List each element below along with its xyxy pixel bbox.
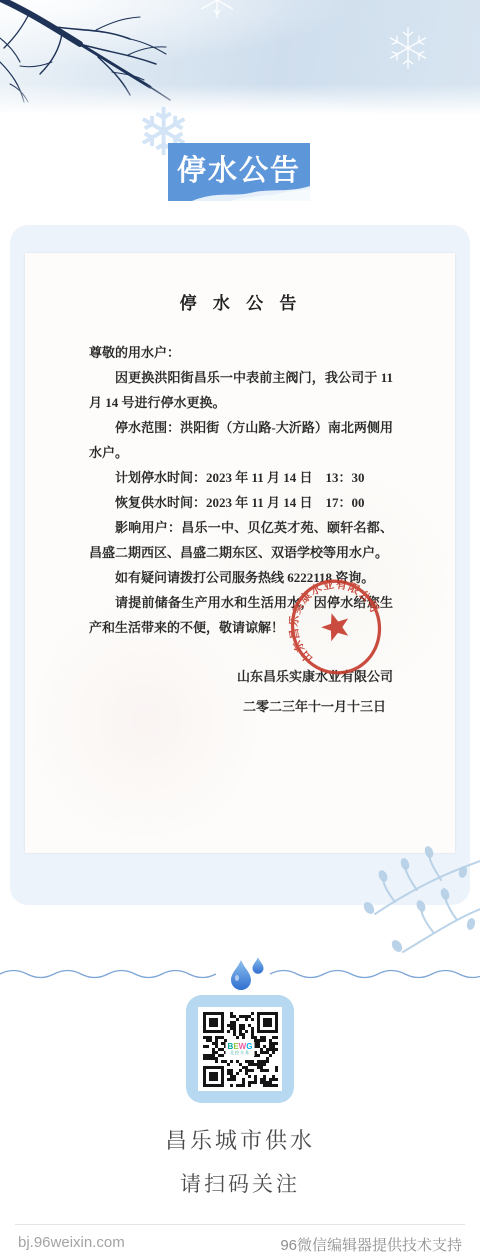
water-drop-icon	[231, 960, 251, 990]
document-title: 停 水 公 告	[89, 289, 393, 314]
qr-caption-subtitle: 请扫码关注	[0, 1168, 480, 1198]
branch-icon	[0, 0, 170, 102]
salutation: 尊敬的用水户：	[89, 340, 393, 365]
seal-star	[318, 609, 353, 643]
winter-berries-icon	[345, 828, 480, 958]
winter-header-banner	[0, 0, 480, 118]
paragraph: 停水范围：洪阳街（方山路-大沂路）南北两侧用水户。	[89, 415, 393, 465]
snowdrift-icon	[168, 183, 310, 201]
water-drop-icon	[253, 957, 264, 974]
qr-code-background: BEWG 北控水务	[198, 1007, 282, 1091]
qr-code-frame: BEWG 北控水务	[186, 995, 294, 1103]
editor-credit-text: 96微信编辑器提供技术支持	[280, 1234, 462, 1255]
paragraph: 因更换洪阳街昌乐一中表前主阀门，我公司于 11 月 14 号进行停水更换。	[89, 365, 393, 415]
snowflake-icon	[201, 0, 232, 18]
bewg-logo-subtext: 北控水务	[228, 1051, 253, 1055]
snowflake-icon	[387, 27, 428, 69]
notice-title-banner: 停水公告	[168, 143, 310, 201]
paragraph: 恢复供水时间：2023 年 11 月 14 日 17：00	[89, 490, 393, 515]
signature-date: 二零二三年十一月十三日	[89, 692, 393, 722]
scanned-notice-document: 停 水 公 告 尊敬的用水户： 因更换洪阳街昌乐一中表前主阀门，我公司于 11 …	[25, 253, 455, 853]
paragraph: 影响用户：昌乐一中、贝亿英才苑、颐轩名都、昌盛二期西区、昌盛二期东区、双语学校等…	[89, 515, 393, 565]
qr-caption-title: 昌乐城市供水	[0, 1124, 480, 1155]
bewg-logo: BEWG 北控水务	[226, 1042, 255, 1056]
paragraph: 计划停水时间：2023 年 11 月 14 日 13：30	[89, 465, 393, 490]
footer-divider	[15, 1224, 465, 1225]
article-page: ❄ 停水公告 停 水 公 告 尊敬的用水户： 因更换洪阳街昌乐一中表前主阀门，我…	[0, 0, 480, 1258]
winter-decor-graphics	[0, 0, 480, 118]
editor-site-link[interactable]: bj.96weixin.com	[18, 1234, 125, 1251]
notice-card: 停 水 公 告 尊敬的用水户： 因更换洪阳街昌乐一中表前主阀门，我公司于 11 …	[10, 225, 470, 905]
company-seal: 山东昌乐实康水业有限公司	[288, 575, 384, 679]
